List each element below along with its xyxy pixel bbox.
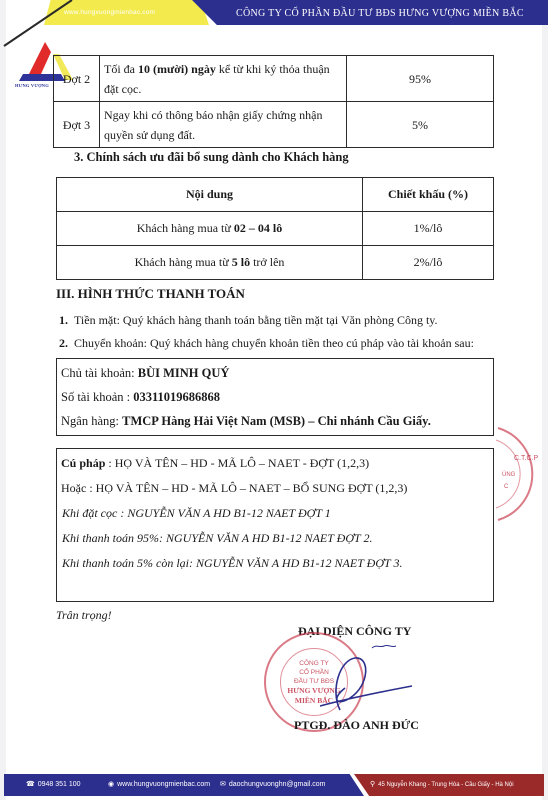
item-text: Tiền mặt: Quý khách hàng thanh toán bằng… [74,313,438,327]
stage-description: Tối đa 10 (mười) ngày kể từ khi ký thỏa … [100,56,347,102]
discount-condition: Khách hàng mua từ 5 lô trở lên [57,246,363,280]
discount-value: 1%/lô [363,212,494,246]
partial-stamp-icon: C.T.C.P ÙNG C [488,424,548,524]
company-name: CÔNG TY CỔ PHẦN ĐẦU TƯ BĐS HƯNG VƯỢNG MI… [236,8,524,19]
phone-icon: ☎ [26,780,35,788]
syntax-line-2: Hoặc : HỌ VÀ TÊN – HD - MÃ LÔ – NAET – B… [61,476,489,501]
svg-text:C.T.C.P: C.T.C.P [514,455,538,462]
payment-stage-row: Đợt 2Tối đa 10 (mười) ngày kể từ khi ký … [54,56,494,102]
description-part: Tối đa [104,62,138,76]
label: Chủ tài khoản: [61,366,138,380]
svg-text:C: C [504,484,509,490]
discount-row: Khách hàng mua từ 5 lô trở lên2%/lô [57,246,494,280]
stage-cell: Đợt 2 [54,56,100,102]
bank-name: Ngân hàng: TMCP Hàng Hải Việt Nam (MSB) … [61,410,489,434]
closing-regards: Trân trọng! [56,608,112,623]
stage-percent: 5% [347,102,494,148]
bank-name-value: TMCP Hàng Hải Việt Nam (MSB) – Chi nhánh… [122,414,431,428]
syntax-text: : HỌ VÀ TÊN – HD - MÃ LÔ – NAET - ĐỢT (1… [105,456,369,470]
letterhead-banner: www.hungvuongmienbac.com CÔNG TY CỔ PHẦN… [0,0,548,28]
section-3-title: 3. Chính sách ưu đãi bổ sung dành cho Kh… [74,150,349,165]
footer-address: ⚲45 Nguyễn Khang - Trung Hòa - Cầu Giấy … [370,780,514,788]
map-pin-icon: ⚲ [370,780,375,788]
stage-percent: 95% [347,56,494,102]
example-95-percent: Khi thanh toán 95%: NGUYỄN VĂN A HD B1-1… [61,526,489,551]
description-part: Ngay khi có thông báo nhận giấy chứng nh… [104,108,322,142]
stage-description: Ngay khi có thông báo nhận giấy chứng nh… [100,102,347,148]
discount-condition: Khách hàng mua từ 02 – 04 lô [57,212,363,246]
syntax-label: Cú pháp [61,456,105,470]
section-iii-title: III. HÌNH THỨC THANH TOÁN [56,286,245,302]
account-holder: Chủ tài khoản: BÙI MINH QUÝ [61,362,489,386]
example-deposit: Khi đặt cọc : NGUYỄN VĂN A HD B1-12 NAET… [61,501,489,526]
account-number-value: 03311019686868 [133,390,220,404]
stage-cell: Đợt 3 [54,102,100,148]
mail-icon: ✉ [220,780,226,788]
label: Ngân hàng: [61,414,122,428]
description-part: 10 (mười) ngày [138,62,216,76]
condition-part: 5 lô [232,255,250,269]
signature-icon [300,640,420,720]
condition-part: Khách hàng mua từ [137,221,234,235]
payment-method-transfer: 2.Chuyển khoản: Quý khách hàng chuyển kh… [59,336,474,351]
logo-text: HƯNG VƯỢNG [15,83,49,88]
discount-row: Khách hàng mua từ 02 – 04 lô1%/lô [57,212,494,246]
signer-name: PTGĐ. ĐÀO ANH ĐỨC [294,718,419,733]
svg-text:ÙNG: ÙNG [502,471,516,478]
condition-part: Khách hàng mua từ [135,255,232,269]
example-5-percent: Khi thanh toán 5% còn lại: NGUYỄN VĂN A … [61,551,489,576]
column-header-discount: Chiết khấu (%) [363,178,494,212]
website-text: www.hungvuongmienbac.com [117,781,210,788]
payment-stage-row: Đợt 3Ngay khi có thông báo nhận giấy chứ… [54,102,494,148]
email-text: daochungvuonghn@gmail.com [229,781,326,788]
item-number: 1. [59,313,68,327]
phone-text: 0948 351 100 [38,781,81,788]
item-text: Chuyển khoản: Quý khách hàng chuyển khoả… [74,336,474,350]
item-number: 2. [59,336,68,350]
discount-value: 2%/lô [363,246,494,280]
column-header-content: Nội dung [57,178,363,212]
footer-email[interactable]: ✉daochungvuonghn@gmail.com [220,780,326,788]
footer-website[interactable]: ◉www.hungvuongmienbac.com [108,780,210,788]
syntax-line-1: Cú pháp : HỌ VÀ TÊN – HD - MÃ LÔ – NAET … [61,451,489,476]
globe-icon: ◉ [108,780,114,788]
letterhead-footer: ☎0948 351 100 ◉www.hungvuongmienbac.com … [4,774,544,796]
condition-part: 02 – 04 lô [234,221,282,235]
address-text: 45 Nguyễn Khang - Trung Hòa - Cầu Giấy -… [378,782,513,788]
account-holder-value: BÙI MINH QUÝ [138,366,230,380]
transfer-syntax-box: Cú pháp : HỌ VÀ TÊN – HD - MÃ LÔ – NAET … [56,448,494,602]
account-number: Số tài khoản : 03311019686868 [61,386,489,410]
bank-account-box: Chủ tài khoản: BÙI MINH QUÝ Số tài khoản… [56,358,494,436]
condition-part: trở lên [250,255,284,269]
payment-method-cash: 1.Tiền mặt: Quý khách hàng thanh toán bằ… [59,313,438,328]
footer-phone: ☎0948 351 100 [26,780,81,788]
payment-stage-table: Đợt 2Tối đa 10 (mười) ngày kể từ khi ký … [53,55,494,148]
discount-table: Nội dung Chiết khấu (%) Khách hàng mua t… [56,177,494,280]
label: Số tài khoản : [61,390,133,404]
